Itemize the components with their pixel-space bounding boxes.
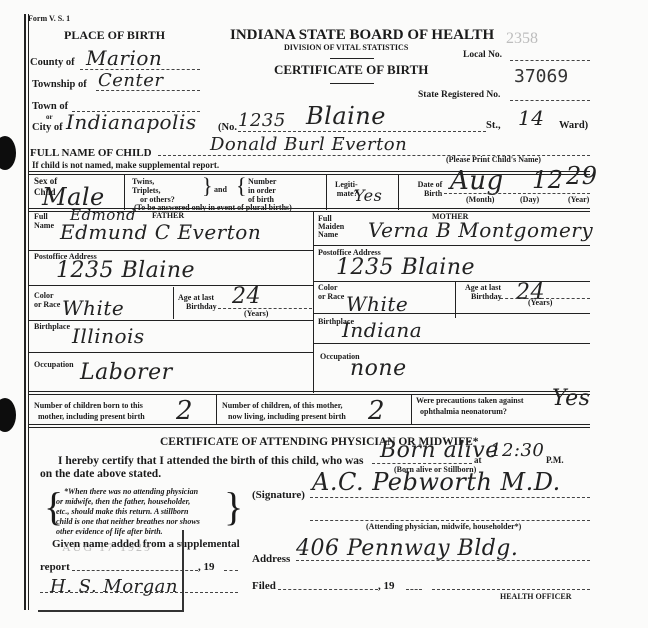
role-note: (Attending physician, midwife, household…	[366, 522, 521, 531]
children-born-label-2: mother, including present birth	[34, 411, 145, 422]
mother-years-label: (Years)	[528, 298, 552, 307]
father-name-label-1: Full	[34, 212, 54, 221]
father-color-label-1: Color	[34, 291, 60, 300]
filed-year-line	[406, 589, 422, 590]
father-color-value: White	[62, 296, 124, 320]
note-line-1: *When there was no attending physician	[56, 487, 200, 497]
divider	[173, 287, 174, 319]
health-officer-line	[432, 589, 590, 590]
divider	[330, 83, 374, 84]
address-label: Address	[252, 553, 290, 565]
father-years-label: (Years)	[244, 309, 268, 318]
day-label: (Day)	[520, 195, 539, 204]
child-name-value: Donald Burl Everton	[210, 134, 407, 155]
at-label: at	[474, 455, 482, 465]
brace-icon: }	[202, 176, 213, 196]
ward-label: Ward)	[559, 120, 588, 131]
filed-year-prefix: , 19	[378, 580, 395, 592]
divider	[326, 174, 327, 210]
dob-day: 12	[532, 166, 564, 194]
divider	[398, 174, 399, 210]
father-occupation-label: Occupation	[34, 360, 74, 369]
children-living-label: Number of children, of this mother, now …	[222, 400, 346, 422]
mother-age-label-2: Birthday	[465, 292, 502, 301]
mother-age-label: Age at last Birthday	[465, 283, 502, 301]
note-line-4: child is one that neither breathes nor s…	[56, 517, 200, 527]
township-line	[96, 90, 200, 91]
print-note: (Please Print Child's Name)	[446, 155, 541, 164]
health-officer-label: HEALTH OFFICER	[500, 592, 572, 601]
father-name-value: Edmund C Everton	[60, 220, 261, 244]
unnamed-note: If child is not named, make supplemental…	[32, 160, 219, 170]
row-line	[313, 313, 590, 314]
brace-icon: }	[224, 482, 243, 532]
father-name-label: Full Name	[34, 212, 54, 230]
dob-label-1: Date of	[412, 180, 442, 189]
children-born-label: Number of children born to this mother, …	[34, 400, 145, 422]
legitimate-value: Yes	[354, 186, 382, 205]
father-age-label-1: Age at last	[178, 293, 217, 302]
father-color-label-2: or Race	[34, 300, 60, 309]
punch-hole-top	[0, 136, 16, 170]
city-value: Indianapolis	[66, 110, 197, 134]
local-no-label: Local No.	[463, 50, 502, 60]
local-no-line	[510, 60, 590, 61]
certificate-title: CERTIFICATE OF BIRTH	[274, 62, 428, 78]
dob-year: 29	[566, 162, 598, 190]
father-age-value: 24	[232, 284, 261, 309]
divider	[216, 394, 217, 424]
parents-divider	[313, 211, 314, 393]
row-line	[28, 285, 313, 286]
street-line	[238, 131, 486, 132]
father-birthplace-value: Illinois	[72, 324, 145, 348]
street-no-label: (No.	[218, 122, 237, 133]
place-of-birth-heading: PLACE OF BIRTH	[64, 28, 165, 43]
division-title: DIVISION OF VITAL STATISTICS	[284, 43, 408, 52]
mother-address-value: 1235 Blaine	[336, 255, 475, 280]
precautions-label-2: ophthalmia neonatorum?	[416, 406, 523, 417]
section-divider	[28, 171, 590, 175]
mother-maiden-label: Full Maiden Name	[318, 215, 344, 239]
signature-line	[310, 497, 590, 498]
ward-value: 14	[518, 106, 544, 130]
city-label: City of	[32, 122, 63, 133]
dob-label: Date of Birth	[412, 180, 442, 198]
signature-line-2	[310, 520, 590, 521]
dob-month: Aug	[450, 166, 504, 196]
born-status-line	[372, 463, 472, 464]
note-line-3: etc., should make this return. A stillbo…	[56, 507, 200, 517]
row-line	[28, 320, 313, 321]
brace-icon: {	[236, 176, 247, 196]
children-living-value: 2	[368, 396, 385, 426]
physician-address: 406 Pennway Bldg.	[296, 536, 518, 561]
year-label: (Year)	[568, 195, 589, 204]
mother-color-label-2: or Race	[318, 292, 344, 301]
form-number: Form V. S. 1	[28, 14, 70, 23]
twins-label-1: Twins,	[132, 177, 175, 186]
child-name-label: FULL NAME OF CHILD	[30, 147, 152, 159]
state-registered-number: 37069	[514, 66, 568, 87]
mother-birthplace-value: Indiana	[342, 318, 422, 342]
faint-stamp-number: 2358	[506, 30, 538, 48]
father-birthplace-label: Birthplace	[34, 322, 70, 331]
town-label: Town of	[32, 101, 68, 112]
punch-hole-bottom	[0, 398, 16, 432]
dob-label-2: Birth	[412, 189, 442, 198]
or-label: or	[46, 113, 53, 121]
physician-signature: A.C. Pebworth M.D.	[312, 468, 561, 496]
father-heading: FATHER	[152, 211, 184, 220]
father-address-value: 1235 Blaine	[56, 258, 195, 283]
precautions-value: Yes	[552, 386, 590, 411]
precautions-label-1: Were precautions taken against	[416, 395, 523, 406]
children-born-value: 2	[176, 396, 193, 426]
street-number: 1235	[238, 110, 286, 131]
filed-line	[278, 589, 378, 590]
father-color-label: Color or Race	[34, 291, 60, 309]
st-label: St.,	[486, 120, 501, 131]
birth-time: 12:30	[490, 440, 544, 461]
father-occupation-value: Laborer	[80, 360, 173, 385]
twins-label: Twins, Triplets, or others?	[132, 177, 175, 204]
agency-title: INDIANA STATE BOARD OF HEALTH	[230, 27, 494, 44]
mother-color-label-1: Color	[318, 283, 344, 292]
children-born-label-1: Number of children born to this	[34, 400, 145, 411]
mother-maiden-label-3: Name	[318, 231, 344, 239]
row-line	[313, 245, 590, 246]
month-label: (Month)	[466, 195, 494, 204]
children-living-label-2: now living, including present birth	[222, 411, 346, 422]
number-label-1: Number	[248, 177, 276, 186]
report-year-prefix: , 19	[198, 561, 215, 573]
precautions-label: Were precautions taken against ophthalmi…	[416, 395, 523, 417]
county-value: Marion	[86, 46, 162, 70]
state-registered-label: State Registered No.	[418, 90, 500, 100]
mother-color-label: Color or Race	[318, 283, 344, 301]
township-value: Center	[98, 70, 164, 91]
section-divider	[28, 424, 590, 428]
divider	[330, 58, 374, 59]
left-border	[24, 14, 26, 610]
report-year-line	[224, 570, 238, 571]
mother-occupation-value: none	[350, 356, 407, 381]
father-age-label: Age at last Birthday	[178, 293, 217, 311]
county-label: County of	[30, 57, 75, 68]
and-label: and	[214, 185, 227, 194]
address-line	[296, 560, 590, 561]
number-label-2: in order	[248, 186, 276, 195]
birth-certificate: Form V. S. 1 PLACE OF BIRTH INDIANA STAT…	[0, 0, 648, 628]
row-line	[28, 352, 313, 353]
twins-label-2: Triplets,	[132, 186, 175, 195]
note-line-2: or midwife, then the father, householder…	[56, 497, 200, 507]
row-line	[313, 343, 590, 344]
signature-label: (Signature)	[252, 489, 305, 501]
father-name-label-2: Name	[34, 221, 54, 230]
left-border-inner	[28, 14, 29, 610]
divider	[411, 394, 412, 424]
row-line	[28, 250, 313, 251]
row-line	[313, 281, 590, 282]
divider	[124, 174, 125, 210]
township-label: Township of	[32, 79, 87, 90]
state-registered-line	[510, 100, 590, 101]
date-text: on the date above stated.	[40, 468, 161, 480]
stamp-box	[38, 530, 184, 612]
time-suffix: P.M.	[546, 455, 564, 465]
filed-label: Filed	[252, 580, 276, 592]
number-order-label: Number in order of birth	[248, 177, 276, 204]
certify-text: I hereby certify that I attended the bir…	[58, 455, 364, 467]
mother-maiden-value: Verna B Montgomery	[368, 218, 593, 242]
mother-age-label-1: Age at last	[465, 283, 502, 292]
street-name: Blaine	[306, 102, 386, 130]
father-age-label-2: Birthday	[178, 302, 217, 311]
dob-line	[444, 193, 590, 194]
children-living-label-1: Number of children, of this mother,	[222, 400, 346, 411]
